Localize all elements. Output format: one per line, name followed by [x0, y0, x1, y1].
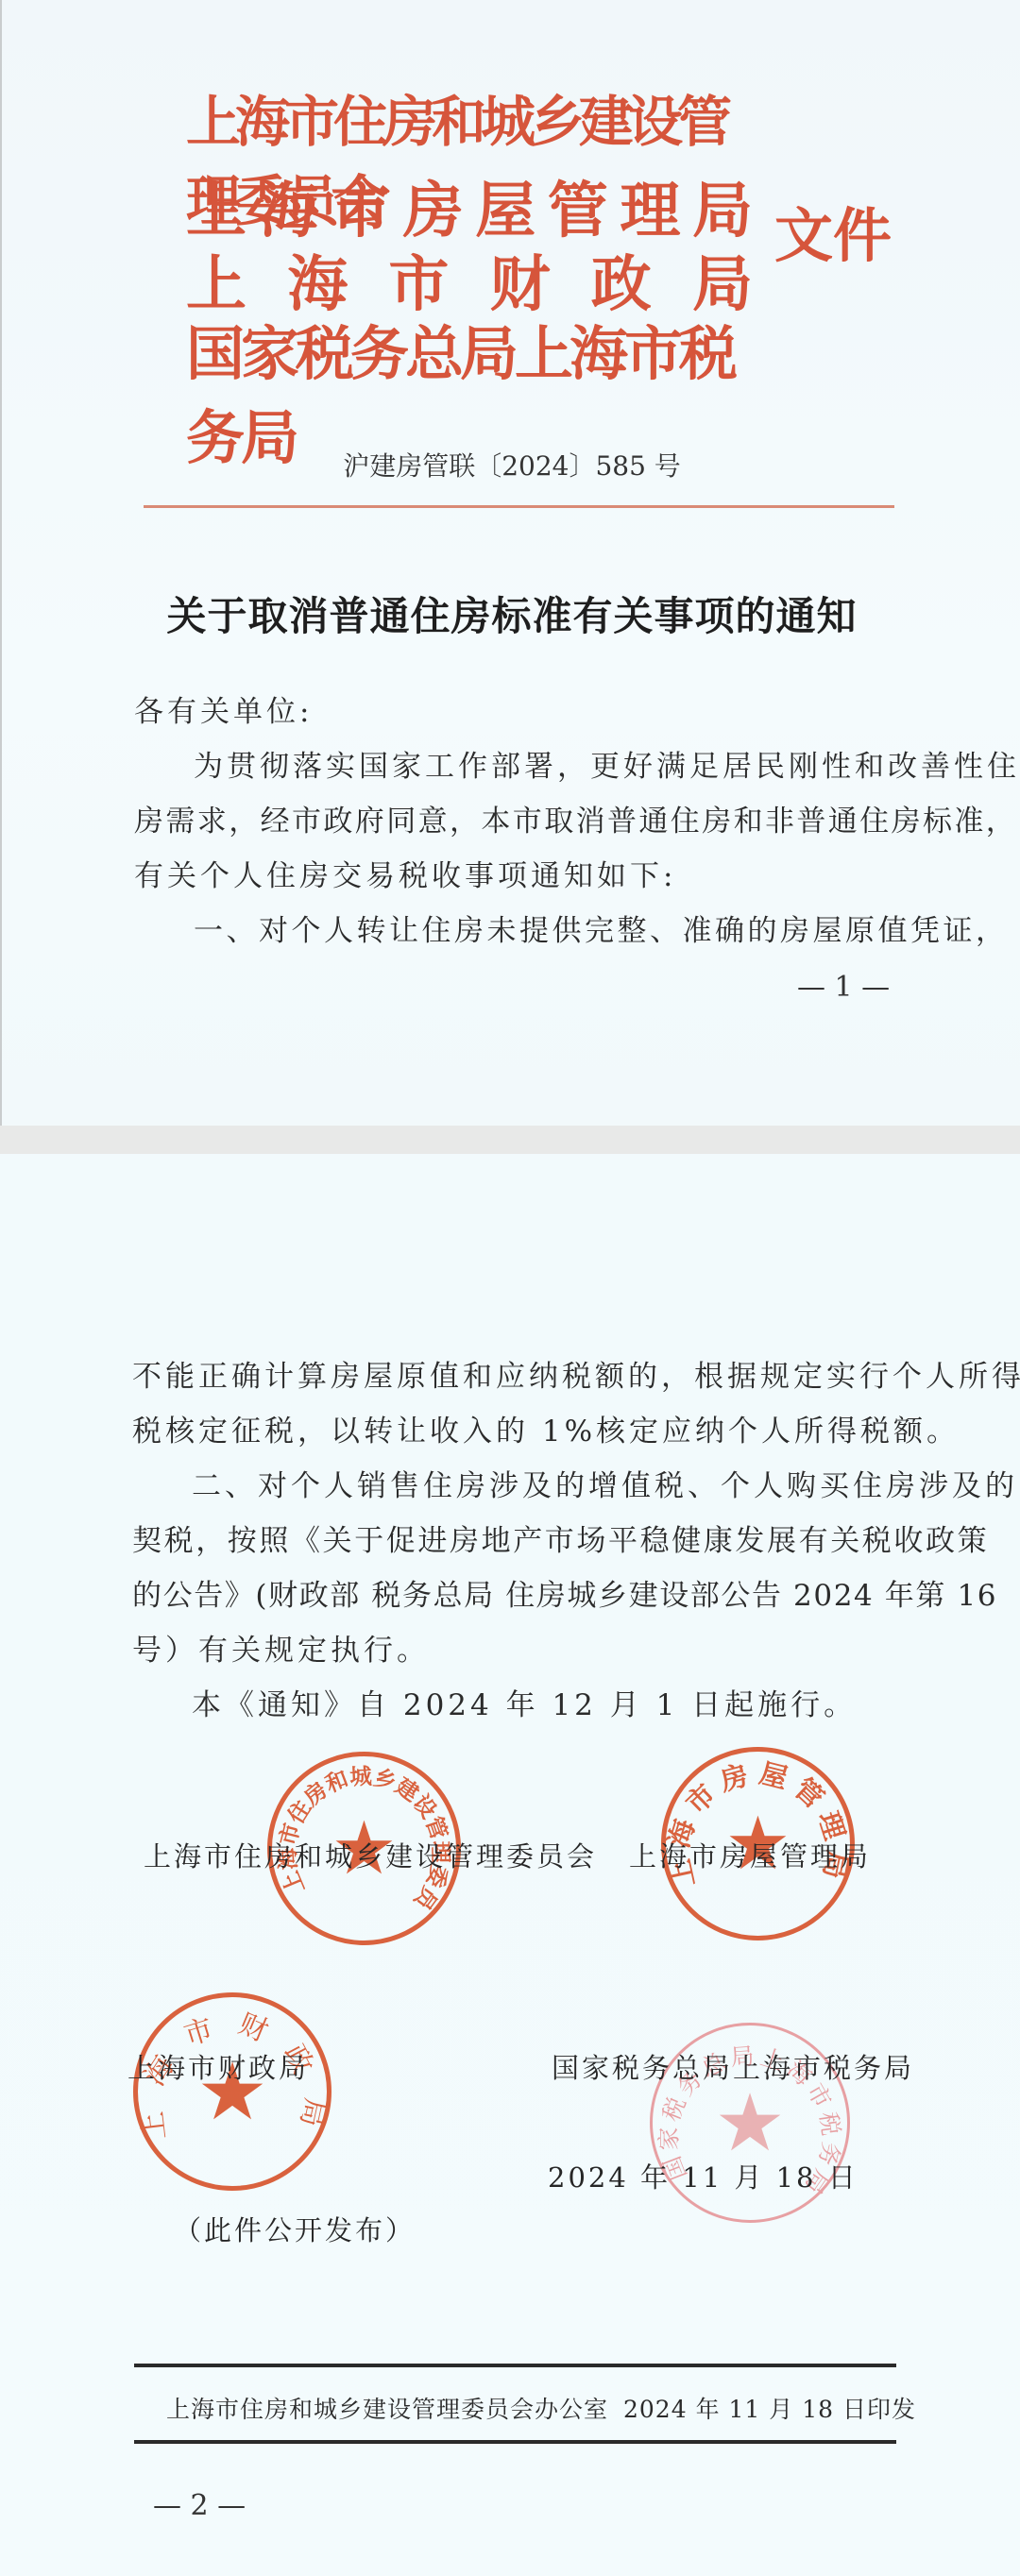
- official-seal-finance-bureau: 上海市财政局 ★: [133, 1992, 331, 2191]
- signatory-housing-bureau: 上海市房屋管理局: [629, 1836, 871, 1874]
- print-date: 2024 年 11 月 18 日印发: [623, 2391, 916, 2425]
- document-title: 关于取消普通住房标准有关事项的通知: [2, 585, 1020, 642]
- footer-top-rule: [134, 2364, 896, 2367]
- signatory-housing-committee: 上海市住房和城乡建设管理委员会: [144, 1836, 597, 1874]
- page-number: — 2 —: [153, 2489, 246, 2522]
- body-line: 不能正确计算房屋原值和应纳税额的，根据规定实行个人所得: [132, 1352, 1020, 1395]
- body-line: 号）有关规定执行。: [132, 1626, 430, 1669]
- body-line: 契税，按照《关于促进房地产市场平稳健康发展有关税收政策: [132, 1517, 989, 1559]
- star-icon: ★: [714, 2076, 785, 2169]
- header-divider: [144, 505, 894, 508]
- body-line: 房需求，经市政府同意，本市取消普通住房和非普通住房标准，: [134, 797, 1017, 839]
- body-line: 有关个人住房交易税收事项通知如下:: [134, 852, 676, 894]
- signatory-finance-bureau: 上海市财政局: [127, 2047, 309, 2086]
- sign-date: 2024 年 11 月 18 日: [548, 2157, 858, 2195]
- document-page-1: 上海市住房和城乡建设管理委员会 上海市房屋管理局 上海市财政局 国家税务总局上海…: [0, 0, 1020, 1126]
- document-page-2: 不能正确计算房屋原值和应纳税额的，根据规定实行个人所得 税核定征税，以转让收入的…: [0, 1154, 1020, 2576]
- body-line: 一、对个人转让住房未提供完整、准确的房屋原值凭证，: [194, 907, 1009, 949]
- document-type-label: 文件: [774, 189, 892, 273]
- body-line: 的公告》(财政部 税务总局 住房城乡建设部公告 2024 年第 16: [132, 1571, 997, 1614]
- body-line: 税核定征税，以转让收入的 1%核定应纳个人所得税额。: [132, 1407, 960, 1449]
- page-separator: [0, 1126, 1020, 1154]
- issuing-office: 上海市住房和城乡建设管理委员会办公室: [166, 2391, 608, 2425]
- body-line: 二、对个人销售住房涉及的增值税、个人购买住房涉及的: [192, 1462, 1018, 1504]
- body-line: 本《通知》自 2024 年 12 月 1 日起施行。: [192, 1681, 857, 1723]
- page-number: — 1 —: [797, 971, 890, 1004]
- publish-note: （此件公开发布）: [174, 2210, 416, 2248]
- body-line: 为贯彻落实国家工作部署，更好满足居民刚性和改善性住: [194, 742, 1020, 785]
- signatory-tax-bureau: 国家税务总局上海市税务局: [552, 2047, 914, 2086]
- salutation: 各有关单位:: [134, 687, 313, 730]
- document-number: 沪建房管联〔2024〕585 号: [2, 446, 1020, 483]
- footer-bottom-rule: [134, 2440, 896, 2444]
